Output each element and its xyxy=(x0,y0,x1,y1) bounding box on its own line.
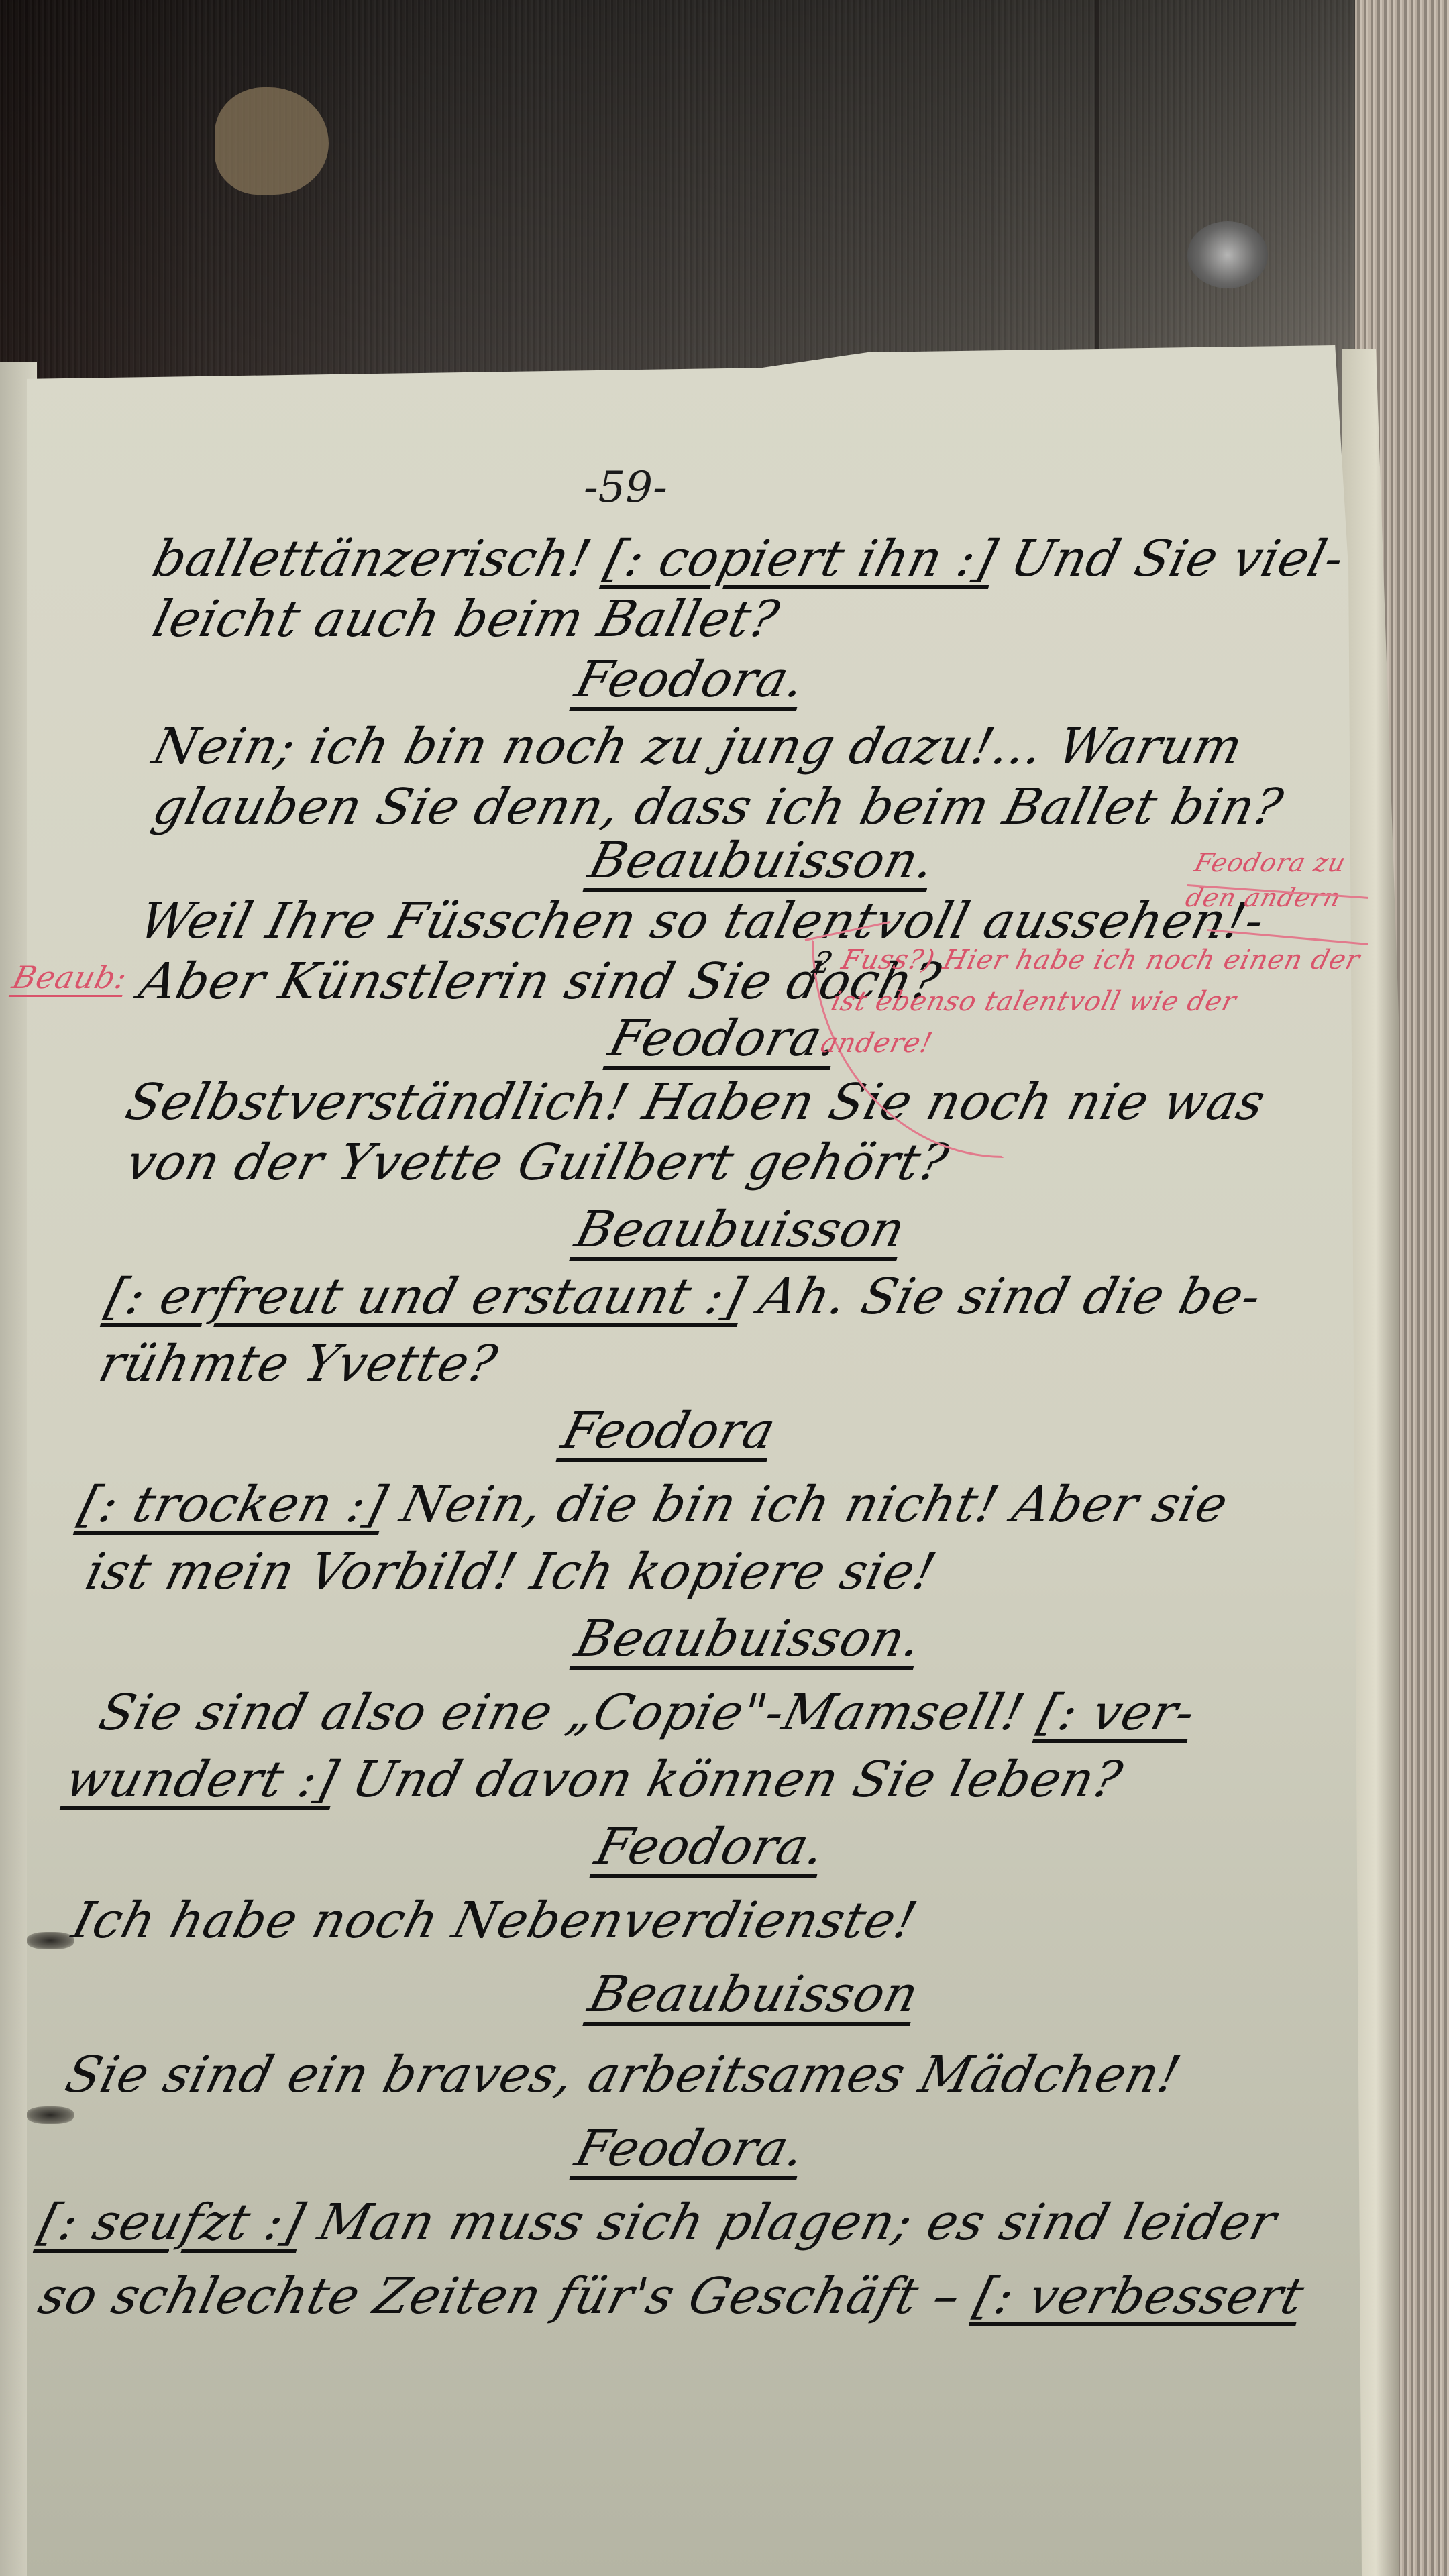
speaker-name: Feodora. xyxy=(570,2120,811,2178)
dialogue-line: Nein; ich bin noch zu jung dazu!... Waru… xyxy=(147,718,1248,775)
stage-direction: [: erfreut und erstaunt :] xyxy=(100,1268,751,1326)
stage-direction: [: trocken :] xyxy=(73,1476,393,1534)
speaker-name: Feodora xyxy=(556,1402,782,1460)
dialogue-text: so schlechte Zeiten für's Geschäft – xyxy=(33,2267,967,2325)
dialogue-line: Selbstverständlich! Haben Sie noch nie w… xyxy=(120,1073,1271,1131)
dialogue-line: rühmte Yvette? xyxy=(93,1335,503,1393)
dialogue-line: von der Yvette Guilbert gehört? xyxy=(120,1134,954,1191)
dialogue-line: so schlechte Zeiten für's Geschäft – [: … xyxy=(33,2267,1310,2325)
dialogue-line: [: erfreut und erstaunt :] Ah. Sie sind … xyxy=(100,1268,1267,1326)
dialogue-text: ballettänzerisch! xyxy=(147,530,597,588)
dialogue-text: Ah. Sie sind die be- xyxy=(753,1268,1267,1326)
dialogue-line: [: seufzt :] Man muss sich plagen; es si… xyxy=(33,2194,1282,2251)
dialogue-text: Und davon können Sie leben? xyxy=(346,1751,1128,1809)
stage-direction: [: verbessert xyxy=(969,2267,1310,2325)
speaker-name: Feodora. xyxy=(590,1818,831,1876)
dialogue-text: Nein, die bin ich nicht! Aber sie xyxy=(395,1476,1234,1534)
wood-knot xyxy=(1187,221,1268,288)
dialogue-text: Sie sind also eine „Copie"-Mamsell! xyxy=(93,1684,1030,1741)
margin-annotation-direction: Feodora zu den andern xyxy=(1182,845,1387,915)
stage-direction: wundert :] xyxy=(60,1751,344,1809)
dialogue-line: glauben Sie denn, dass ich beim Ballet b… xyxy=(147,778,1289,836)
dialogue-line: Sie sind ein braves, arbeitsames Mädchen… xyxy=(60,2046,1187,2104)
dialogue-line: Sie sind also eine „Copie"-Mamsell! [: v… xyxy=(93,1684,1201,1741)
speaker-name: Beaubuisson. xyxy=(583,832,941,890)
stage-direction: [: seufzt :] xyxy=(33,2194,311,2251)
binding-hole xyxy=(27,2106,74,2124)
speaker-name: Feodora. xyxy=(603,1010,845,1067)
page-number: -59- xyxy=(584,463,667,513)
dialogue-line: wundert :] Und davon können Sie leben? xyxy=(60,1751,1128,1809)
speaker-name: Beaubuisson. xyxy=(570,1610,928,1668)
plank-gap xyxy=(1095,0,1099,349)
dialogue-text: Man muss sich plagen; es sind leider xyxy=(313,2194,1283,2251)
stage-direction: [: copiert ihn :] xyxy=(599,530,1003,588)
dialogue-line: Ich habe noch Nebenverdienste! xyxy=(66,1892,923,1949)
dialogue-text: Und Sie viel- xyxy=(1005,530,1350,588)
dialogue-line: ballettänzerisch! [: copiert ihn :] Und … xyxy=(147,530,1350,588)
dialogue-line: [: trocken :] Nein, die bin ich nicht! A… xyxy=(73,1476,1234,1534)
dialogue-line: ist mein Vorbild! Ich kopiere sie! xyxy=(80,1543,942,1601)
margin-annotation-speaker: Beaub: xyxy=(9,959,131,996)
dialogue-line: leicht auch beim Ballet? xyxy=(147,590,785,648)
speaker-name: Feodora. xyxy=(570,651,811,708)
inserted-dialogue-note: Fuss?) Hier habe ich noch einen der ist … xyxy=(816,939,1371,1064)
stage-direction: [: ver- xyxy=(1032,1684,1201,1741)
speaker-name: Beaubuisson xyxy=(570,1201,911,1258)
speaker-name: Beaubuisson xyxy=(583,1966,924,2023)
